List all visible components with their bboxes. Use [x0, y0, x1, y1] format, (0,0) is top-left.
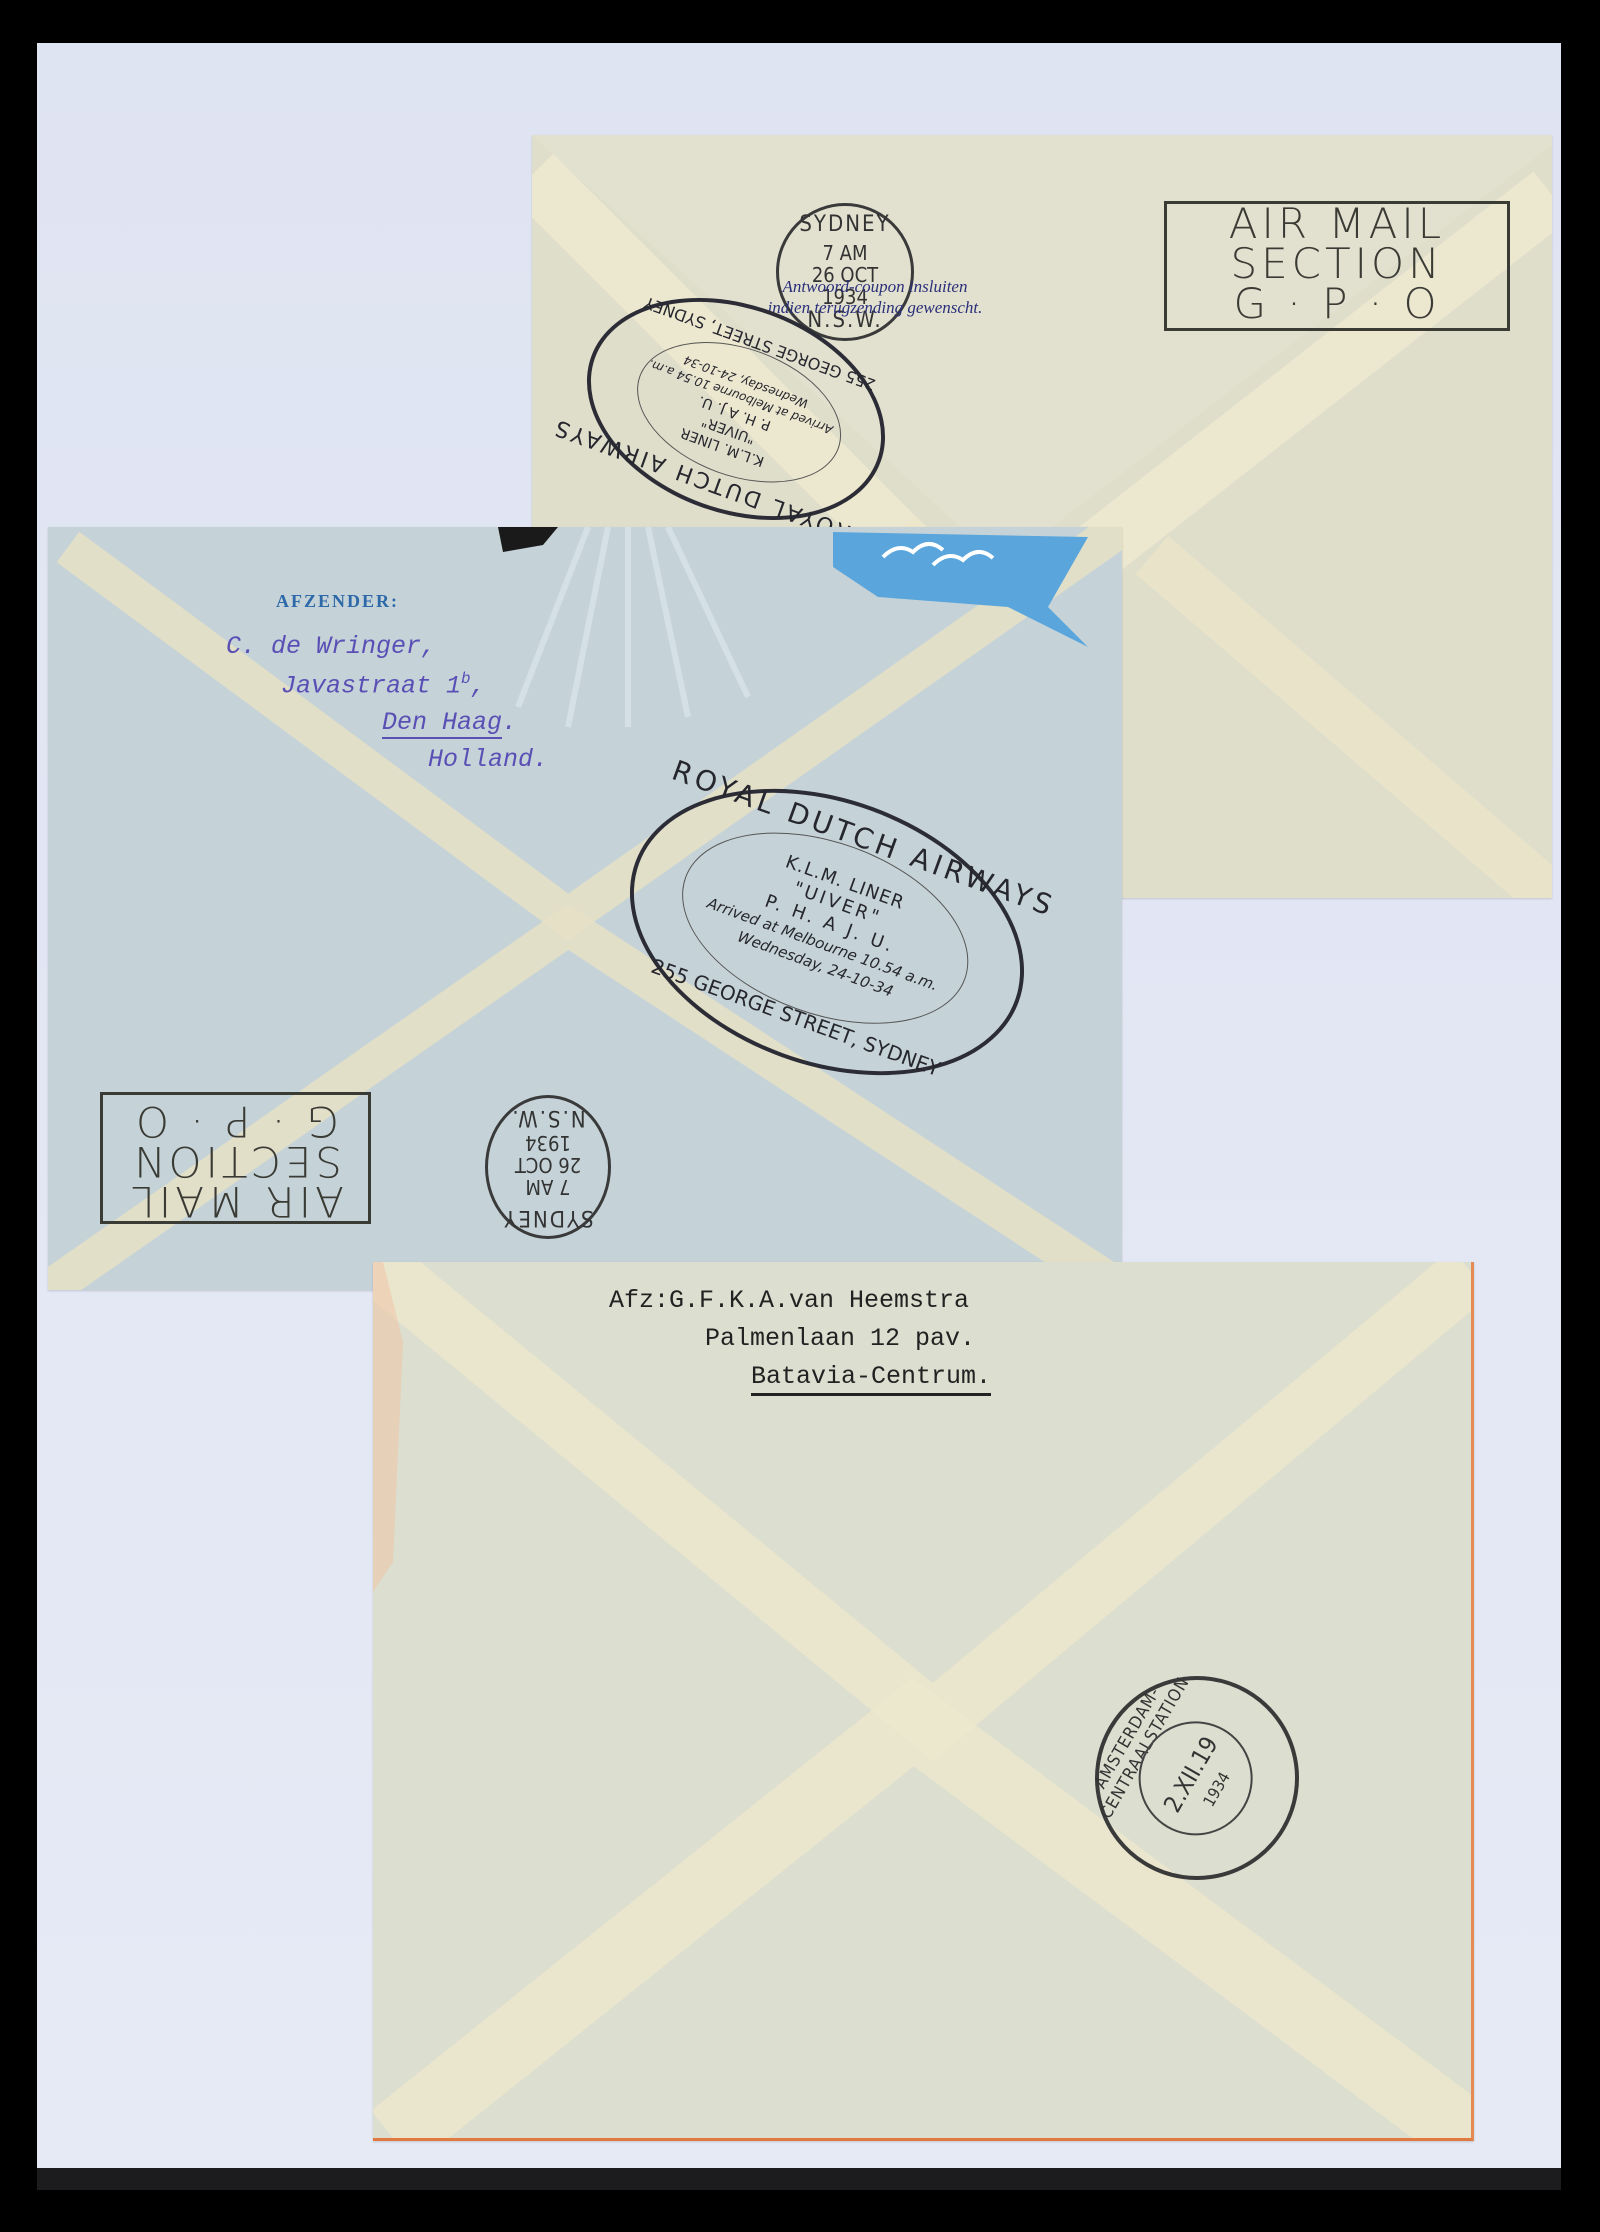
sender-street: Javastraat 1b, — [281, 670, 486, 700]
sender-city: Den Haag. — [382, 708, 517, 737]
street-superscript: b — [461, 670, 471, 688]
city-text: Den Haag — [382, 708, 502, 739]
sender-name: C. de Wringer, — [226, 632, 436, 661]
street-tail: , — [471, 671, 486, 700]
city-tail: . — [502, 708, 517, 737]
sydney-postmark-inverted: SYDNEY 7 AM 26 OCT 1934 N.S.W. — [485, 1095, 611, 1239]
sender-name: Afz:G.F.K.A.van Heemstra — [609, 1286, 969, 1315]
sender-city: Batavia-Centrum. — [751, 1362, 991, 1391]
afzender-label: AFZENDER: — [276, 591, 399, 612]
postmark-city: SYDNEY — [779, 212, 911, 237]
postmark-state: N.S.W. — [488, 1105, 608, 1130]
airmail-line: AIR MAIL — [103, 1181, 368, 1221]
page-edge-shadow — [37, 2168, 1561, 2190]
postmark-time: 7 AM — [488, 1176, 608, 1198]
cover-middle: AFZENDER: C. de Wringer, Javastraat 1b, … — [48, 527, 1122, 1290]
cover-bottom: Afz:G.F.K.A.van Heemstra Palmenlaan 12 p… — [373, 1262, 1474, 2141]
note-line: Antwoord-coupon insluiten — [730, 276, 1020, 297]
airmail-section-gpo-box-inverted: AIR MAIL SECTION G · P · O — [100, 1092, 371, 1224]
postmark-time: 7 AM — [779, 242, 911, 264]
airmail-section-gpo-box: AIR MAIL SECTION G · P · O — [1164, 201, 1510, 331]
postmark-date: 26 OCT — [488, 1154, 608, 1176]
airmail-line: SECTION — [103, 1141, 368, 1181]
city-text: Batavia-Centrum. — [751, 1362, 991, 1396]
sydney-postmark: SYDNEY 7 AM 26 OCT 1934 N.S.W. — [776, 203, 914, 341]
postmark-year: 1934 — [488, 1132, 608, 1154]
airmail-line: SECTION — [1167, 244, 1507, 284]
airmail-line: G · P · O — [103, 1101, 368, 1141]
airmail-line: AIR MAIL — [1167, 204, 1507, 244]
airmail-line: G · P · O — [1167, 284, 1507, 324]
sender-street: Palmenlaan 12 pav. — [705, 1324, 975, 1353]
street-text: Javastraat 1 — [281, 671, 461, 700]
sender-country: Holland. — [428, 745, 548, 774]
postmark-city: SYDNEY — [488, 1205, 608, 1230]
